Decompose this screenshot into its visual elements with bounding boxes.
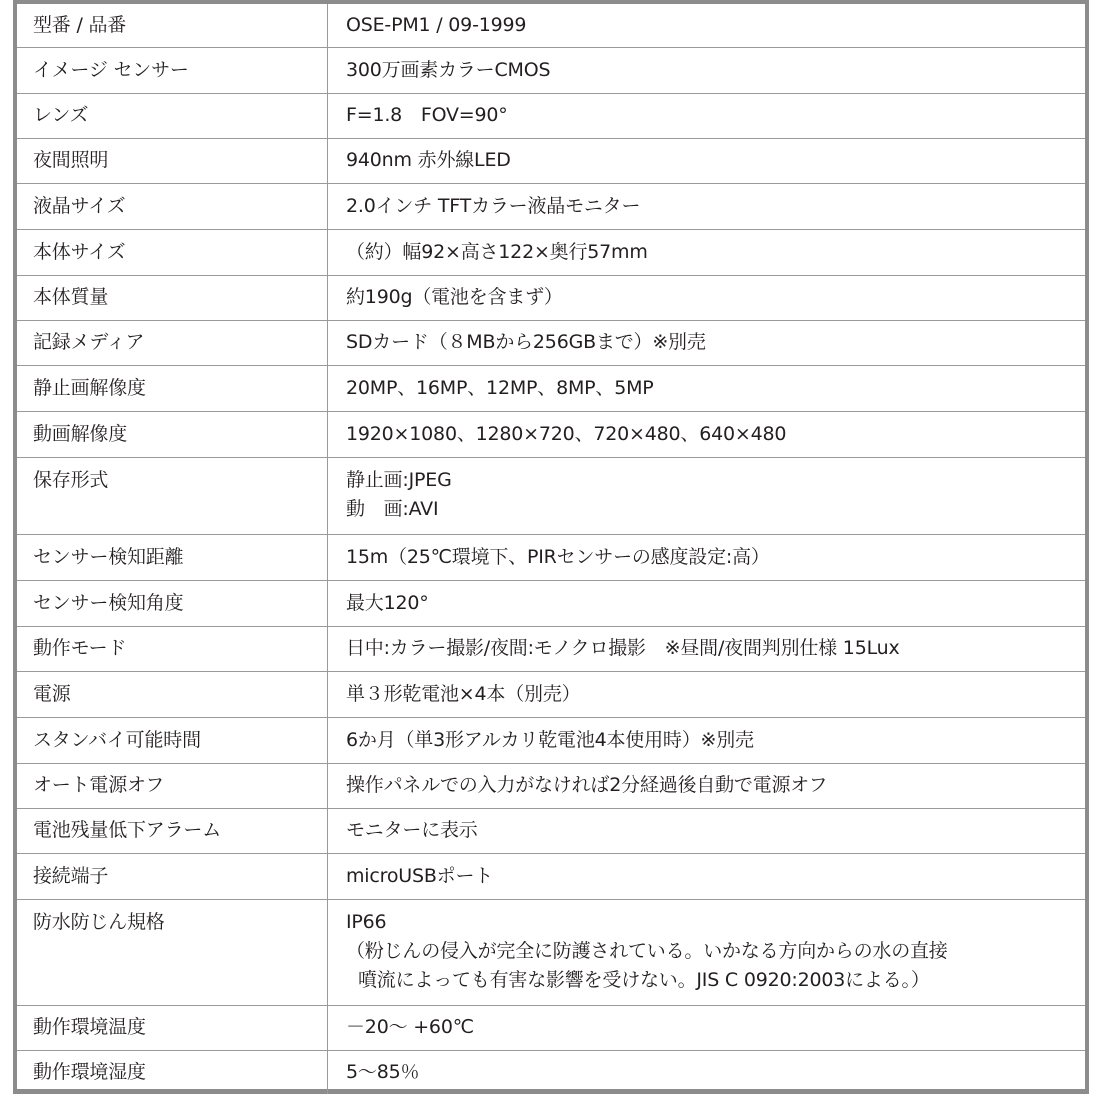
row-label: スタンバイ可能時間 bbox=[17, 717, 328, 763]
value-line: 2.0インチ TFTカラー液晶モニター bbox=[346, 192, 1085, 221]
table-row: 電源 単３形乾電池×4本（別売） bbox=[17, 671, 1085, 717]
value-line: 動 画:AVI bbox=[346, 495, 1085, 524]
table-row: 記録メディア SDカード（８MBから256GBまで）※別売 bbox=[17, 320, 1085, 365]
row-value: 15m（25℃環境下、PIRセンサーの感度設定:高） bbox=[328, 534, 1086, 580]
spec-table-frame: 型番 / 品番 OSE-PM1 / 09-1999 イメージ センサー 300万… bbox=[13, 0, 1089, 1094]
table-row: 型番 / 品番 OSE-PM1 / 09-1999 bbox=[17, 4, 1085, 47]
row-value: 最大120° bbox=[328, 580, 1086, 626]
table-row: 保存形式 静止画:JPEG 動 画:AVI bbox=[17, 457, 1085, 534]
value-line: SDカード（８MBから256GBまで）※別売 bbox=[346, 328, 1085, 357]
row-label: 防水防じん規格 bbox=[17, 899, 328, 1005]
table-row: 動画解像度 1920×1080、1280×720、720×480、640×480 bbox=[17, 411, 1085, 457]
row-value: OSE-PM1 / 09-1999 bbox=[328, 4, 1086, 47]
row-label: センサー検知角度 bbox=[17, 580, 328, 626]
row-label: 接続端子 bbox=[17, 853, 328, 899]
row-label: 動作環境温度 bbox=[17, 1005, 328, 1050]
value-line: （粉じんの侵入が完全に防護されている。いかなる方向からの水の直接 bbox=[346, 937, 1085, 966]
row-label: 型番 / 品番 bbox=[17, 4, 328, 47]
value-line: 6か月（単3形アルカリ乾電池4本使用時）※別売 bbox=[346, 726, 1085, 755]
table-row: 動作環境温度 －20～ +60℃ bbox=[17, 1005, 1085, 1050]
row-label: 動作環境湿度 bbox=[17, 1050, 328, 1094]
row-value: （約）幅92×高さ122×奥行57mm bbox=[328, 229, 1086, 275]
row-value: 5～85％ bbox=[328, 1050, 1086, 1094]
row-label: 動画解像度 bbox=[17, 411, 328, 457]
row-value: 20MP、16MP、12MP、8MP、5MP bbox=[328, 365, 1086, 411]
value-line: （約）幅92×高さ122×奥行57mm bbox=[346, 238, 1085, 267]
table-row: 本体質量 約190g（電池を含まず） bbox=[17, 275, 1085, 320]
row-value: 静止画:JPEG 動 画:AVI bbox=[328, 457, 1086, 534]
row-value: 300万画素カラーCMOS bbox=[328, 47, 1086, 93]
row-value: 2.0インチ TFTカラー液晶モニター bbox=[328, 183, 1086, 229]
row-label: 保存形式 bbox=[17, 457, 328, 534]
value-line: 300万画素カラーCMOS bbox=[346, 56, 1085, 85]
value-line: モニターに表示 bbox=[346, 816, 1085, 845]
row-value: F=1.8 FOV=90° bbox=[328, 93, 1086, 138]
spec-table: 型番 / 品番 OSE-PM1 / 09-1999 イメージ センサー 300万… bbox=[17, 4, 1085, 1094]
row-value: －20～ +60℃ bbox=[328, 1005, 1086, 1050]
row-label: 液晶サイズ bbox=[17, 183, 328, 229]
table-row: 防水防じん規格 IP66 （粉じんの侵入が完全に防護されている。いかなる方向から… bbox=[17, 899, 1085, 1005]
value-line: IP66 bbox=[346, 908, 1085, 937]
value-line: F=1.8 FOV=90° bbox=[346, 101, 1085, 130]
value-line: 15m（25℃環境下、PIRセンサーの感度設定:高） bbox=[346, 543, 1085, 572]
table-row: 本体サイズ （約）幅92×高さ122×奥行57mm bbox=[17, 229, 1085, 275]
row-label: オート電源オフ bbox=[17, 763, 328, 808]
value-line: 約190g（電池を含まず） bbox=[346, 283, 1085, 312]
value-line: 操作パネルでの入力がなければ2分経過後自動で電源オフ bbox=[346, 771, 1085, 800]
row-value: 単３形乾電池×4本（別売） bbox=[328, 671, 1086, 717]
row-label: 電池残量低下アラーム bbox=[17, 808, 328, 853]
value-line: 20MP、16MP、12MP、8MP、5MP bbox=[346, 374, 1085, 403]
table-row: 動作モード 日中:カラー撮影/夜間:モノクロ撮影 ※昼間/夜間判別仕様 15Lu… bbox=[17, 626, 1085, 671]
value-line: 静止画:JPEG bbox=[346, 466, 1085, 495]
row-label: イメージ センサー bbox=[17, 47, 328, 93]
value-line: 5～85％ bbox=[346, 1058, 1085, 1087]
table-row: 液晶サイズ 2.0インチ TFTカラー液晶モニター bbox=[17, 183, 1085, 229]
value-line: 日中:カラー撮影/夜間:モノクロ撮影 ※昼間/夜間判別仕様 15Lux bbox=[346, 634, 1085, 663]
row-value: 約190g（電池を含まず） bbox=[328, 275, 1086, 320]
row-label: 記録メディア bbox=[17, 320, 328, 365]
table-row: イメージ センサー 300万画素カラーCMOS bbox=[17, 47, 1085, 93]
value-line: 最大120° bbox=[346, 589, 1085, 618]
table-row: 動作環境湿度 5～85％ bbox=[17, 1050, 1085, 1094]
row-label: 本体サイズ bbox=[17, 229, 328, 275]
table-row: オート電源オフ 操作パネルでの入力がなければ2分経過後自動で電源オフ bbox=[17, 763, 1085, 808]
row-label: 動作モード bbox=[17, 626, 328, 671]
row-value: SDカード（８MBから256GBまで）※別売 bbox=[328, 320, 1086, 365]
row-value: 6か月（単3形アルカリ乾電池4本使用時）※別売 bbox=[328, 717, 1086, 763]
value-line: 単３形乾電池×4本（別売） bbox=[346, 680, 1085, 709]
table-row: センサー検知距離 15m（25℃環境下、PIRセンサーの感度設定:高） bbox=[17, 534, 1085, 580]
row-label: 夜間照明 bbox=[17, 138, 328, 183]
value-line: 1920×1080、1280×720、720×480、640×480 bbox=[346, 420, 1085, 449]
table-row: 接続端子 microUSBポート bbox=[17, 853, 1085, 899]
row-value: IP66 （粉じんの侵入が完全に防護されている。いかなる方向からの水の直接 噴流… bbox=[328, 899, 1086, 1005]
table-row: スタンバイ可能時間 6か月（単3形アルカリ乾電池4本使用時）※別売 bbox=[17, 717, 1085, 763]
value-line: 940nm 赤外線LED bbox=[346, 146, 1085, 175]
row-label: センサー検知距離 bbox=[17, 534, 328, 580]
value-line: microUSBポート bbox=[346, 862, 1085, 891]
row-label: 本体質量 bbox=[17, 275, 328, 320]
table-row: センサー検知角度 最大120° bbox=[17, 580, 1085, 626]
table-row: レンズ F=1.8 FOV=90° bbox=[17, 93, 1085, 138]
row-label: レンズ bbox=[17, 93, 328, 138]
value-line: 噴流によっても有害な影響を受けない。JIS C 0920:2003による。） bbox=[346, 966, 1085, 995]
value-line: OSE-PM1 / 09-1999 bbox=[346, 11, 1085, 40]
row-value: 1920×1080、1280×720、720×480、640×480 bbox=[328, 411, 1086, 457]
row-value: 日中:カラー撮影/夜間:モノクロ撮影 ※昼間/夜間判別仕様 15Lux bbox=[328, 626, 1086, 671]
table-row: 夜間照明 940nm 赤外線LED bbox=[17, 138, 1085, 183]
table-row: 電池残量低下アラーム モニターに表示 bbox=[17, 808, 1085, 853]
row-label: 電源 bbox=[17, 671, 328, 717]
table-row: 静止画解像度 20MP、16MP、12MP、8MP、5MP bbox=[17, 365, 1085, 411]
row-value: microUSBポート bbox=[328, 853, 1086, 899]
row-label: 静止画解像度 bbox=[17, 365, 328, 411]
row-value: 操作パネルでの入力がなければ2分経過後自動で電源オフ bbox=[328, 763, 1086, 808]
row-value: モニターに表示 bbox=[328, 808, 1086, 853]
row-value: 940nm 赤外線LED bbox=[328, 138, 1086, 183]
value-line: －20～ +60℃ bbox=[346, 1013, 1085, 1042]
